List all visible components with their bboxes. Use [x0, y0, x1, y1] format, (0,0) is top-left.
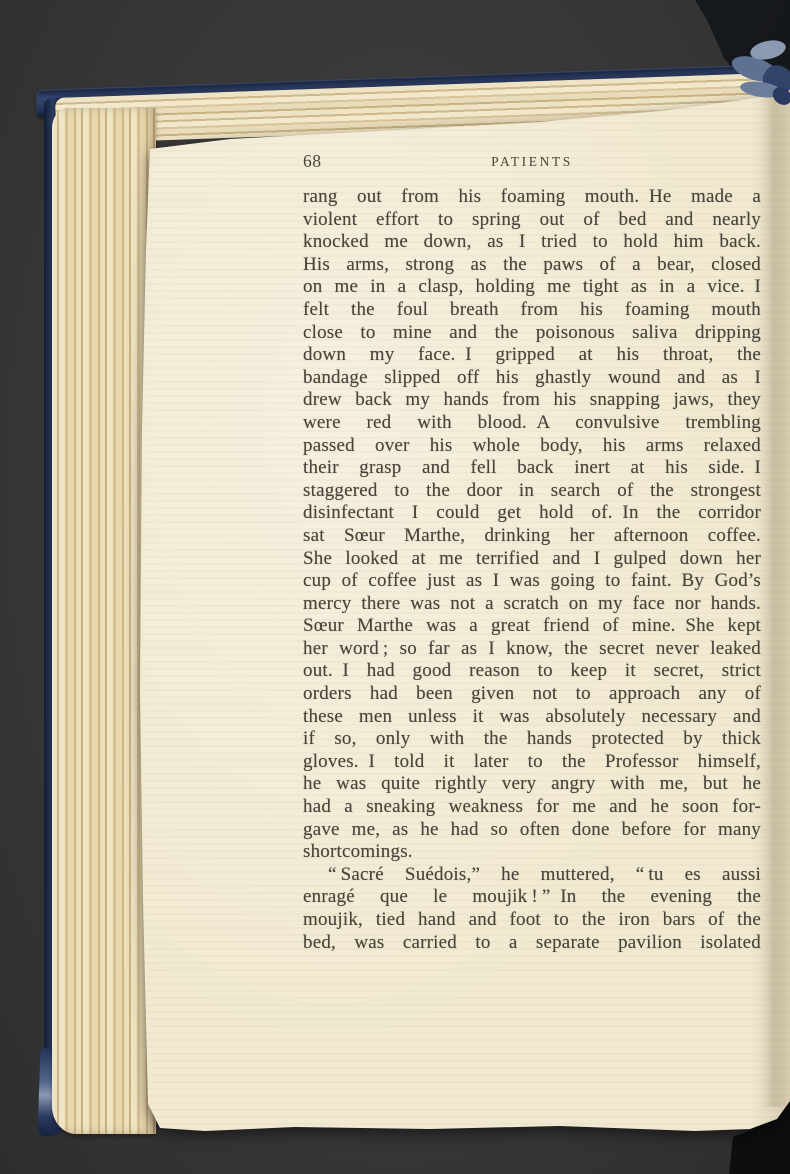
text-line: passed over his whole body, his arms rel…	[303, 435, 761, 458]
text-line: these men unless it was absolutely neces…	[303, 706, 761, 729]
text-line: were red with blood. A convulsive trembl…	[303, 412, 761, 435]
text-line: moujik, tied hand and foot to the iron b…	[303, 909, 761, 932]
text-line: gave me, as he had so often done before …	[303, 819, 761, 842]
text-line: violent effort to spring out of bed and …	[303, 209, 761, 232]
text-line: their grasp and fell back inert at his s…	[303, 457, 761, 480]
text-line: down my face. I gripped at his throat, t…	[303, 344, 761, 367]
text-line: on me in a clasp, holding me tight as in…	[303, 276, 761, 299]
text-line: His arms, strong as the paws of a bear, …	[303, 254, 761, 277]
text-line: disinfectant I could get hold of. In the…	[303, 502, 761, 525]
text-line: She looked at me terrified and I gulped …	[303, 548, 761, 571]
text-line: her word ; so far as I know, the secret …	[303, 638, 761, 661]
text-line: close to mine and the poisonous saliva d…	[303, 322, 761, 345]
page-header: 68 PATIENTS	[303, 152, 761, 176]
photo-backdrop: 68 PATIENTS rang out from his foaming mo…	[0, 0, 790, 1174]
text-line: knocked me down, as I tried to hold him …	[303, 231, 761, 254]
text-line: shortcomings.	[303, 841, 761, 864]
text-line: orders had been given not to approach an…	[303, 683, 761, 706]
text-line: drew back my hands from his snapping jaw…	[303, 389, 761, 412]
text-line: cup of coffee just as I was going to fai…	[303, 570, 761, 593]
text-line: felt the foul breath from his foaming mo…	[303, 299, 761, 322]
text-line: gloves. I told it later to the Professor…	[303, 751, 761, 774]
text-line: bed, was carried to a separate pavilion …	[303, 932, 761, 955]
text-line: sat Sœur Marthe, drinking her afternoon …	[303, 525, 761, 548]
page-body: rang out from his foaming mouth. He made…	[303, 186, 761, 954]
text-line: he was quite rightly very angry with me,…	[303, 773, 761, 796]
text-line: “ Sacré Suédois,” he muttered, “ tu es a…	[303, 864, 761, 887]
text-line: had a sneaking weakness for me and he so…	[303, 796, 761, 819]
text-line: enragé que le moujik ! ” In the evening …	[303, 886, 761, 909]
text-line: staggered to the door in search of the s…	[303, 480, 761, 503]
page-text-block: 68 PATIENTS rang out from his foaming mo…	[303, 152, 761, 954]
paragraph: “ Sacré Suédois,” he muttered, “ tu es a…	[303, 864, 761, 954]
text-line: if so, only with the hands protected by …	[303, 728, 761, 751]
text-line: Sœur Marthe was a great friend of mine. …	[303, 615, 761, 638]
text-line: out. I had good reason to keep it secret…	[303, 660, 761, 683]
paragraph: rang out from his foaming mouth. He made…	[303, 186, 761, 864]
text-line: rang out from his foaming mouth. He made…	[303, 186, 761, 209]
text-line: mercy there was not a scratch on my face…	[303, 593, 761, 616]
page-gutter-crease	[760, 95, 786, 1107]
running-header: PATIENTS	[303, 154, 761, 170]
text-line: bandage slipped off his ghastly wound an…	[303, 367, 761, 390]
